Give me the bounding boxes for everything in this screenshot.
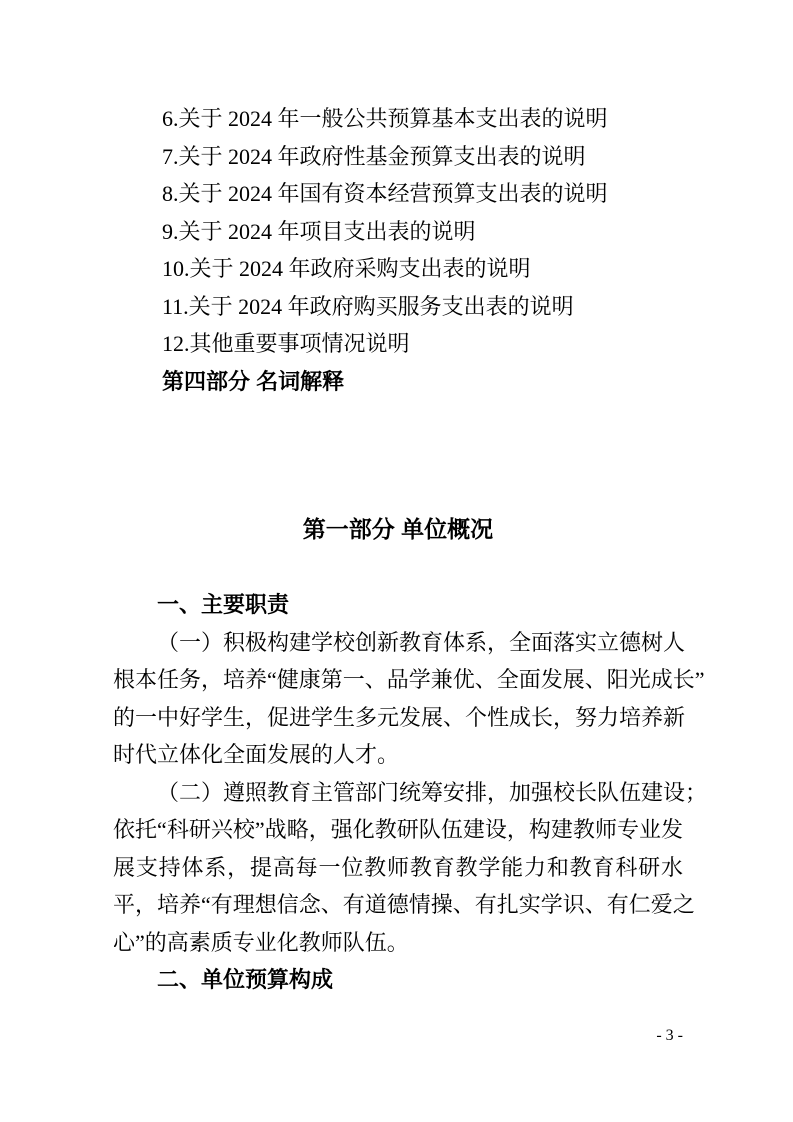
toc-item-8: 8.关于 2024 年国有资本经营预算支出表的说明 (113, 175, 683, 213)
paragraph-2-line: 依托“科研兴校”战略，强化教研队伍建设，构建教师专业发 (113, 811, 683, 849)
page-number: - 3 - (656, 1026, 683, 1046)
paragraph-2: （二）遵照教育主管部门统筹安排，加强校长队伍建设； 依托“科研兴校”战略，强化教… (113, 774, 683, 962)
paragraph-2-line: （二）遵照教育主管部门统筹安排，加强校长队伍建设； (113, 774, 683, 812)
paragraph-1-line: （一）积极构建学校创新教育体系，全面落实立德树人 (113, 624, 683, 662)
toc-item-10: 10.关于 2024 年政府采购支出表的说明 (113, 250, 683, 288)
part1-title: 第一部分 单位概况 (113, 510, 683, 548)
toc-item-9: 9.关于 2024 年项目支出表的说明 (113, 213, 683, 251)
part4-heading: 第四部分 名词解释 (113, 363, 683, 401)
toc-item-11: 11.关于 2024 年政府购买服务支出表的说明 (113, 288, 683, 326)
document-page: 6.关于 2024 年一般公共预算基本支出表的说明 7.关于 2024 年政府性… (0, 0, 793, 1122)
paragraph-2-line: 心”的高素质专业化教师队伍。 (113, 924, 683, 962)
toc-item-12: 12.其他重要事项情况说明 (113, 325, 683, 363)
table-of-contents: 6.关于 2024 年一般公共预算基本支出表的说明 7.关于 2024 年政府性… (113, 100, 683, 363)
paragraph-2-line: 平，培养“有理想信念、有道德情操、有扎实学识、有仁爱之 (113, 886, 683, 924)
paragraph-1: （一）积极构建学校创新教育体系，全面落实立德树人 根本任务，培养“健康第一、品学… (113, 624, 683, 774)
toc-item-7: 7.关于 2024 年政府性基金预算支出表的说明 (113, 138, 683, 176)
paragraph-2-line: 展支持体系，提高每一位教师教育教学能力和教育科研水 (113, 849, 683, 887)
paragraph-1-line: 的一中好学生，促进学生多元发展、个性成长，努力培养新 (113, 699, 683, 737)
paragraph-1-line: 时代立体化全面发展的人才。 (113, 736, 683, 774)
paragraph-1-line: 根本任务，培养“健康第一、品学兼优、全面发展、阳光成长” (113, 661, 683, 699)
section2-heading: 二、单位预算构成 (113, 961, 683, 999)
page-content: 6.关于 2024 年一般公共预算基本支出表的说明 7.关于 2024 年政府性… (113, 100, 683, 999)
section1-heading: 一、主要职责 (113, 586, 683, 624)
toc-item-6: 6.关于 2024 年一般公共预算基本支出表的说明 (113, 100, 683, 138)
